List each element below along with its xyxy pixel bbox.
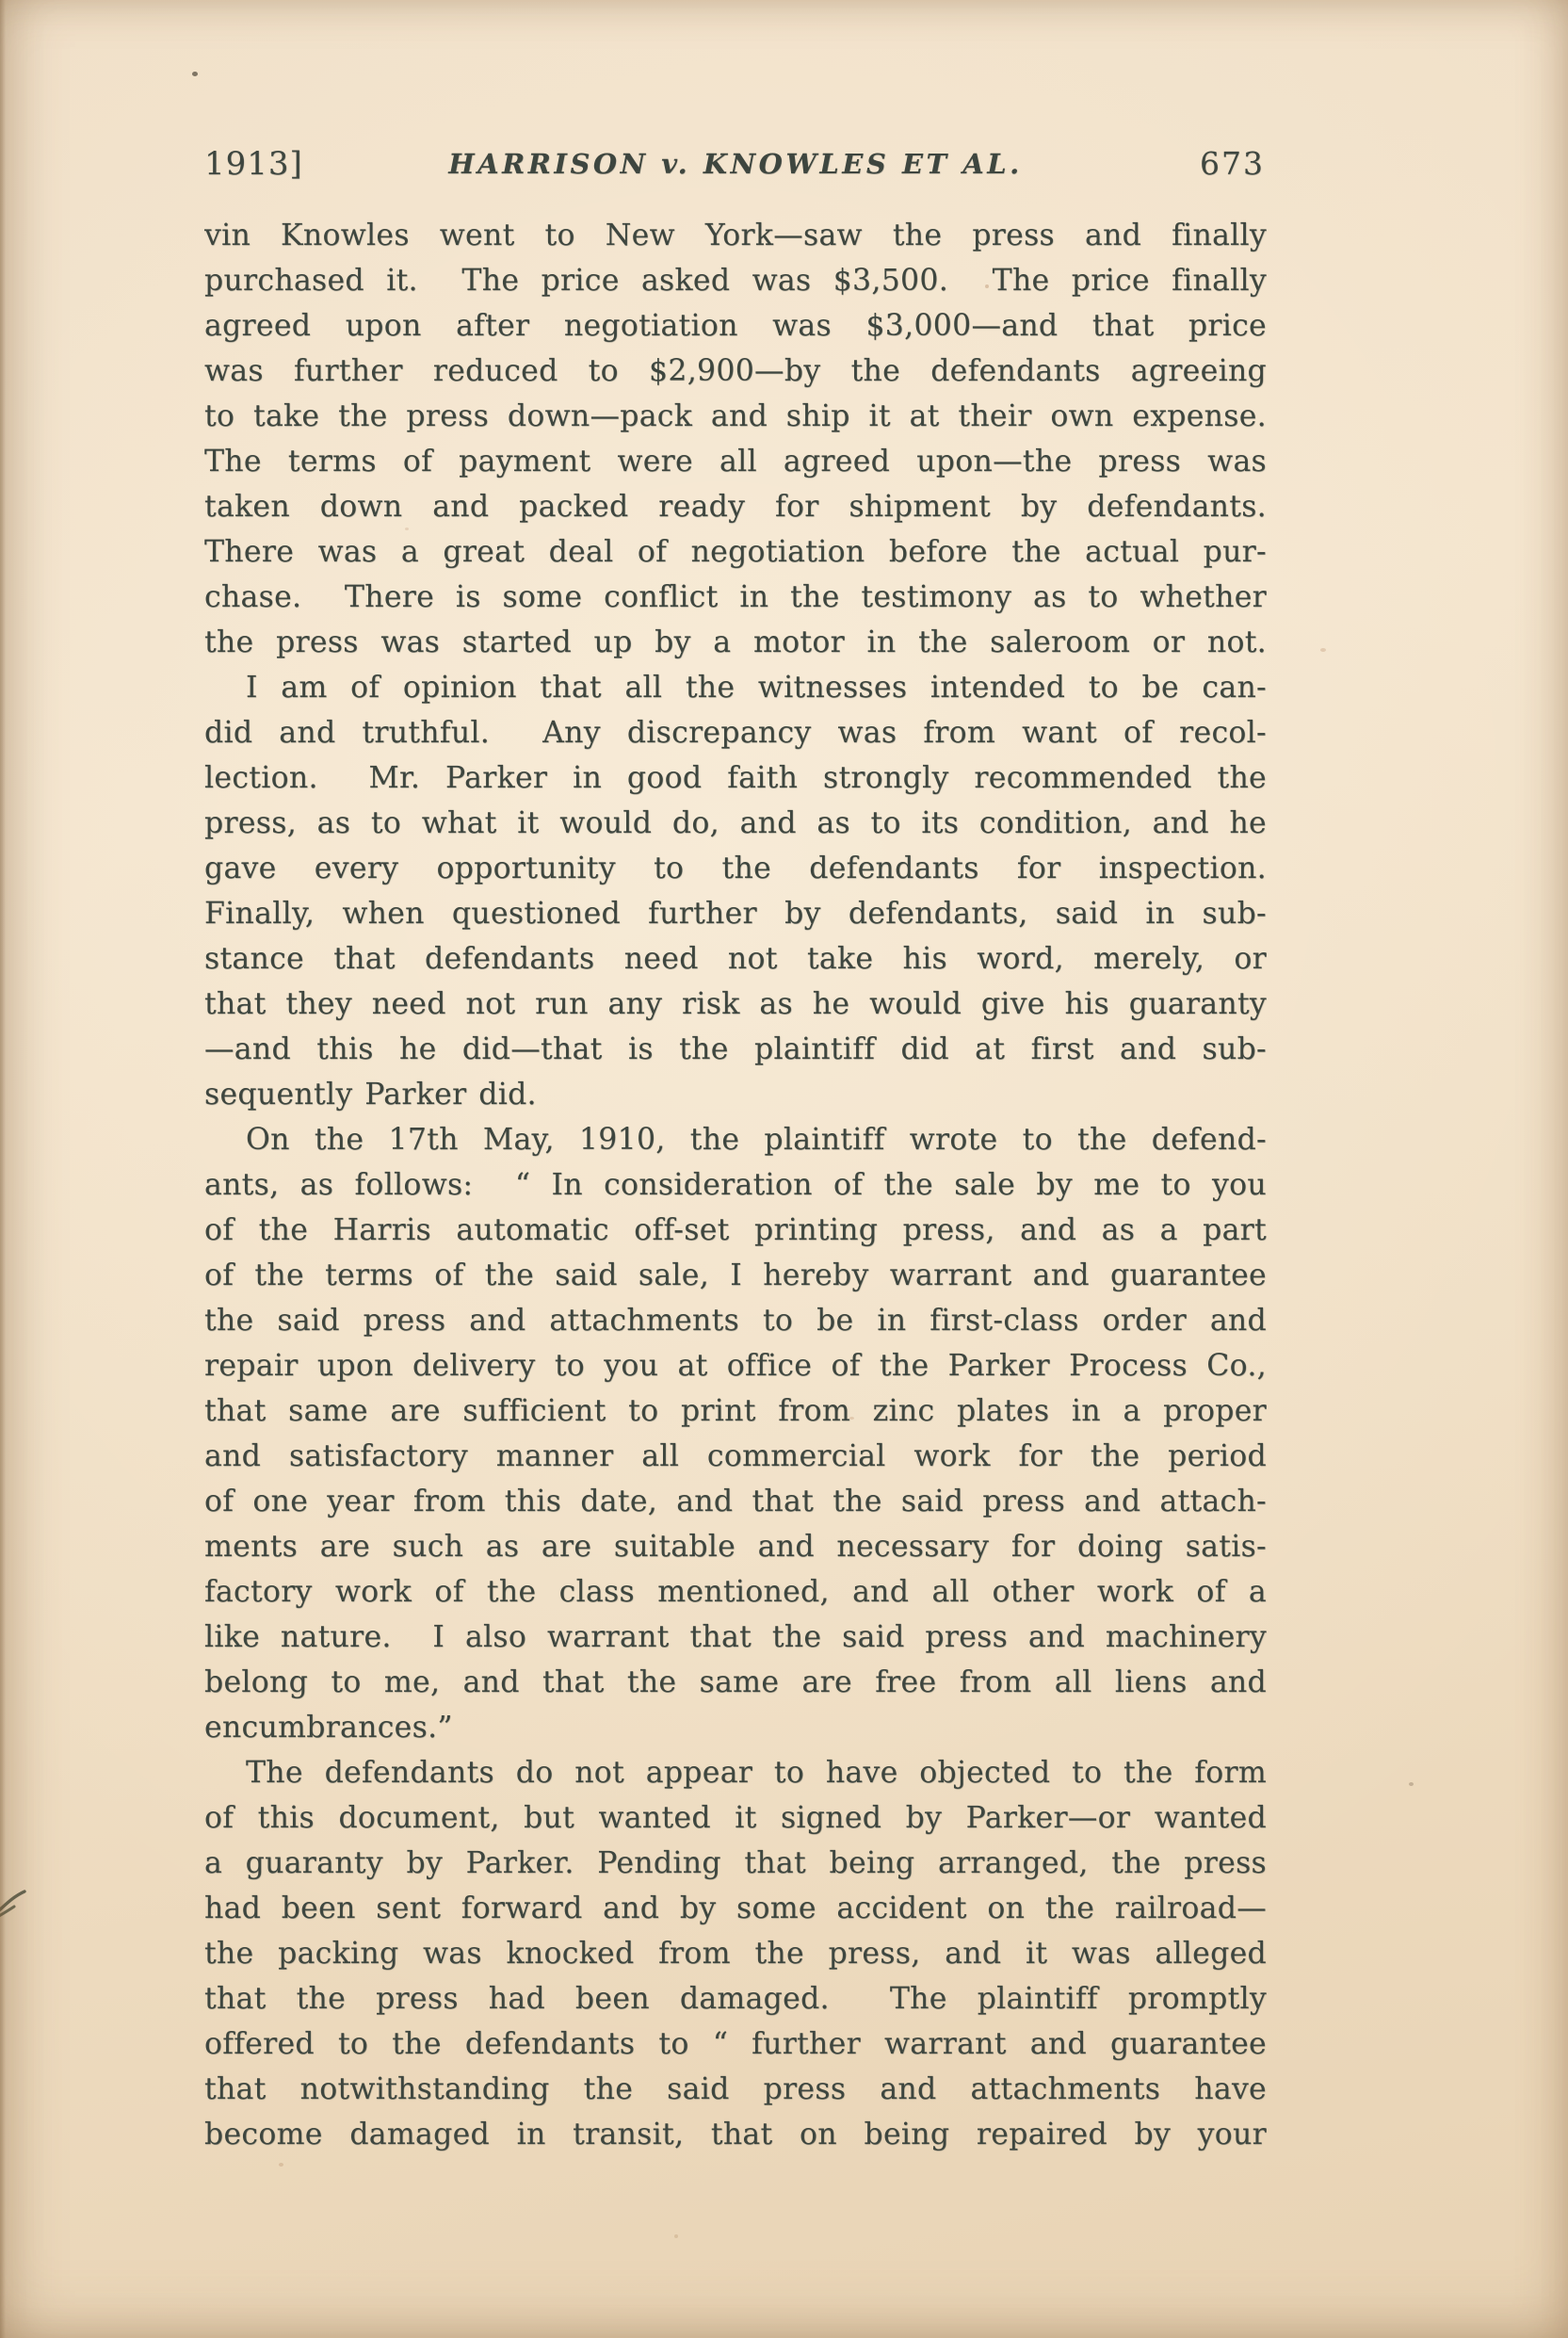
text-line: taken down and packed ready for shipment… <box>204 484 1267 529</box>
case-title: HARRISON v. KNOWLES ET AL. <box>448 141 1022 187</box>
text-line: The terms of payment were all agreed upo… <box>204 439 1267 484</box>
paper-speck <box>279 2163 283 2167</box>
text-line: and satisfactory manner all commercial w… <box>204 1434 1267 1479</box>
text-line: press, as to what it would do, and as to… <box>204 801 1267 846</box>
paper-speck <box>1409 1782 1414 1786</box>
paper-speck <box>1320 648 1326 652</box>
body-text: vin Knowles went to New York—saw the pre… <box>204 213 1267 2157</box>
text-line: Finally, when questioned further by defe… <box>204 891 1267 936</box>
page-number: 673 <box>1200 141 1265 187</box>
text-line: agreed upon after negotiation was $3,000… <box>204 303 1267 349</box>
text-line: On the 17th May, 1910, the plaintiff wro… <box>204 1117 1267 1162</box>
text-line: I am of opinion that all the witnesses i… <box>204 665 1267 710</box>
text-line: The defendants do not appear to have obj… <box>204 1750 1267 1795</box>
text-line: become damaged in transit, that on being… <box>204 2112 1267 2157</box>
text-line: gave every opportunity to the defendants… <box>204 846 1267 891</box>
paper-speck <box>192 72 198 76</box>
text-line: that same are sufficient to print from z… <box>204 1388 1267 1434</box>
text-line: like nature. I also warrant that the sai… <box>204 1615 1267 1660</box>
text-line: to take the press down—pack and ship it … <box>204 394 1267 439</box>
text-line: that the press had been damaged. The pla… <box>204 1976 1267 2021</box>
text-line: of one year from this date, and that the… <box>204 1479 1267 1524</box>
text-line: repair upon delivery to you at office of… <box>204 1343 1267 1388</box>
text-line: of the Harris automatic off-set printing… <box>204 1208 1267 1253</box>
text-line: vin Knowles went to New York—saw the pre… <box>204 213 1267 258</box>
year-label: 1913] <box>204 141 303 187</box>
pen-mark-artifact <box>0 1885 30 1923</box>
text-line: that notwithstanding the said press and … <box>204 2067 1267 2112</box>
text-line: of the terms of the said sale, I hereby … <box>204 1253 1267 1298</box>
text-line: —and this he did—that is the plaintiff d… <box>204 1027 1267 1072</box>
text-line: belong to me, and that the same are free… <box>204 1660 1267 1705</box>
scanned-book-page: 1913] HARRISON v. KNOWLES ET AL. 673 vin… <box>0 0 1568 2338</box>
text-line: factory work of the class mentioned, and… <box>204 1569 1267 1615</box>
text-line: There was a great deal of negotiation be… <box>204 529 1267 575</box>
text-line: chase. There is some conflict in the tes… <box>204 575 1267 620</box>
text-line: encumbrances.” <box>204 1705 1267 1750</box>
text-line: of this document, but wanted it signed b… <box>204 1795 1267 1841</box>
text-line: the packing was knocked from the press, … <box>204 1931 1267 1976</box>
text-line: lection. Mr. Parker in good faith strong… <box>204 755 1267 801</box>
text-line: was further reduced to $2,900—by the def… <box>204 349 1267 394</box>
text-line: offered to the defendants to “ further w… <box>204 2021 1267 2067</box>
paper-speck <box>674 2234 678 2238</box>
text-line: the press was started up by a motor in t… <box>204 620 1267 665</box>
text-line: had been sent forward and by some accide… <box>204 1886 1267 1931</box>
page-left-edge-shadow <box>0 0 6 2338</box>
text-line: ments are such as are suitable and neces… <box>204 1524 1267 1569</box>
text-line: purchased it. The price asked was $3,500… <box>204 258 1267 303</box>
text-line: a guaranty by Parker. Pending that being… <box>204 1841 1267 1886</box>
text-line: ants, as follows: “ In consideration of … <box>204 1162 1267 1208</box>
text-line: did and truthful. Any discrepancy was fr… <box>204 710 1267 755</box>
page-header: 1913] HARRISON v. KNOWLES ET AL. 673 <box>204 141 1267 187</box>
text-line: the said press and attachments to be in … <box>204 1298 1267 1343</box>
text-line: stance that defendants need not take his… <box>204 936 1267 982</box>
text-line: sequently Parker did. <box>204 1072 1267 1117</box>
text-line: that they need not run any risk as he wo… <box>204 982 1267 1027</box>
